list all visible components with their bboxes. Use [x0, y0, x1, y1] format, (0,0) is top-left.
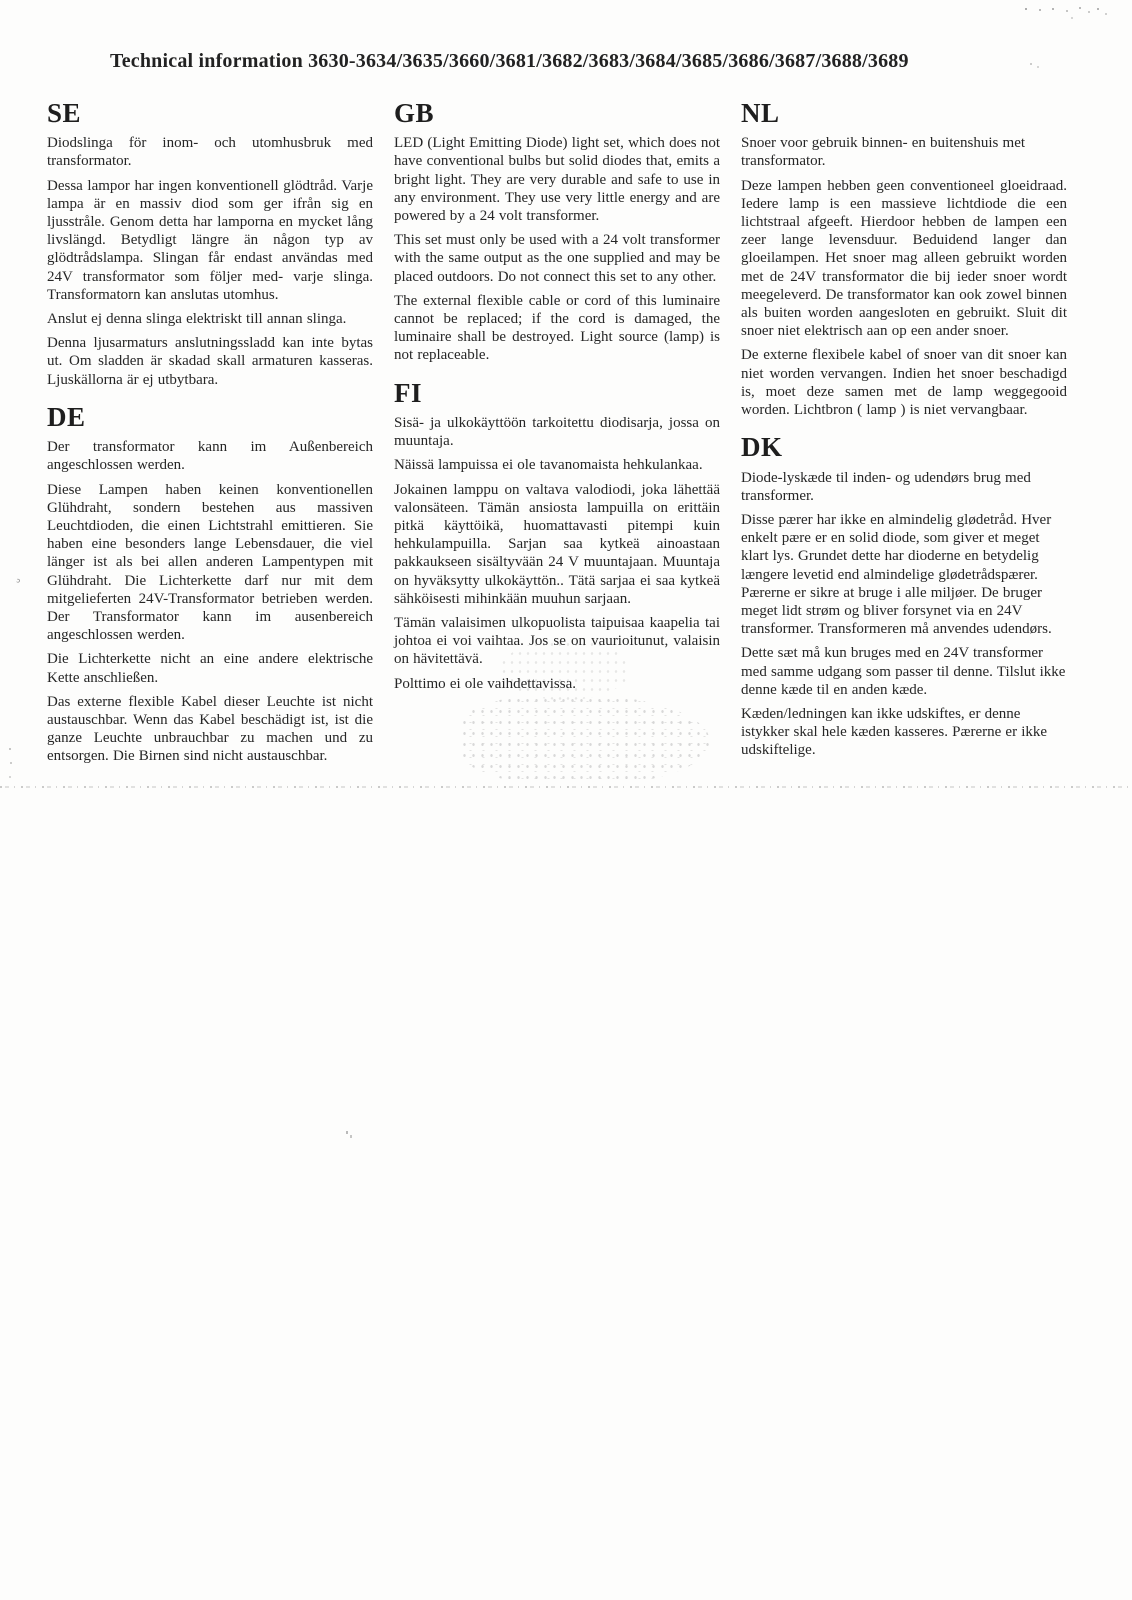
section-heading-dk: DK	[741, 432, 1067, 462]
fi-paragraph-5: Polttimo ei ole vaihdettavissa.	[394, 675, 720, 693]
section-gb: GB LED (Light Emitting Diode) light set,…	[394, 98, 720, 365]
nl-paragraph-1: Snoer voor gebruik binnen- en buitenshui…	[741, 134, 1067, 170]
fi-paragraph-2: Näissä lampuissa ei ole tavanomaista heh…	[394, 456, 720, 474]
column-right: NL Snoer voor gebruik binnen- en buitens…	[741, 98, 1067, 772]
section-heading-se: SE	[47, 98, 373, 128]
text-columns: SE Diodslinga för inom- och utomhusbruk …	[47, 98, 1067, 772]
page-title: Technical information 3630-3634/3635/366…	[110, 50, 909, 73]
fi-paragraph-4: Tämän valaisimen ulkopuolista taipuisaa …	[394, 614, 720, 669]
gb-paragraph-3: The external flexible cable or cord of t…	[394, 292, 720, 365]
section-fi: FI Sisä- ja ulkokäyttöön tarkoitettu dio…	[394, 378, 720, 693]
column-middle: GB LED (Light Emitting Diode) light set,…	[394, 98, 720, 772]
de-paragraph-4: Das externe flexible Kabel dieser Leucht…	[47, 693, 373, 766]
de-paragraph-1: Der transformator kann im Außenbereich a…	[47, 438, 373, 474]
section-dk: DK Diode-lyskæde til inden- og udendørs …	[741, 432, 1067, 759]
se-paragraph-3: Anslut ej denna slinga elektriskt till a…	[47, 310, 373, 328]
gb-paragraph-1: LED (Light Emitting Diode) light set, wh…	[394, 134, 720, 225]
se-paragraph-2: Dessa lampor har ingen konventionell glö…	[47, 177, 373, 304]
fi-paragraph-1: Sisä- ja ulkokäyttöön tarkoitettu diodis…	[394, 414, 720, 450]
dk-paragraph-2: Disse pærer har ikke en almindelig gløde…	[741, 511, 1067, 638]
scan-artifact-specks-bottom	[346, 1131, 348, 1134]
section-heading-nl: NL	[741, 98, 1067, 128]
fi-paragraph-3: Jokainen lamppu on valtava valodiodi, jo…	[394, 481, 720, 608]
se-paragraph-1: Diodslinga för inom- och utomhusbruk med…	[47, 134, 373, 170]
section-heading-de: DE	[47, 402, 373, 432]
dk-paragraph-1: Diode-lyskæde til inden- og udendørs bru…	[741, 469, 1067, 505]
dk-paragraph-4: Kæden/ledningen kan ikke udskiftes, er d…	[741, 705, 1067, 760]
section-nl: NL Snoer voor gebruik binnen- en buitens…	[741, 98, 1067, 419]
gb-paragraph-2: This set must only be used with a 24 vol…	[394, 231, 720, 286]
scanned-document-page: Technical information 3630-3634/3635/366…	[0, 0, 1132, 1600]
scan-artifact-dotted-line	[0, 786, 1132, 788]
section-heading-fi: FI	[394, 378, 720, 408]
scan-artifact-left-margin-mark: ᵓ	[15, 576, 22, 590]
column-left: SE Diodslinga för inom- och utomhusbruk …	[47, 98, 373, 772]
section-se: SE Diodslinga för inom- och utomhusbruk …	[47, 98, 373, 389]
scan-artifact-specks-top-right	[1025, 8, 1027, 10]
scan-artifact-specks-left	[9, 748, 11, 750]
se-paragraph-4: Denna ljusarmaturs anslutningssladd kan …	[47, 334, 373, 389]
nl-paragraph-2: Deze lampen hebben geen conventioneel gl…	[741, 177, 1067, 341]
section-de: DE Der transformator kann im Außenbereic…	[47, 402, 373, 766]
nl-paragraph-3: De externe flexibele kabel of snoer van …	[741, 346, 1067, 419]
section-heading-gb: GB	[394, 98, 720, 128]
dk-paragraph-3: Dette sæt må kun bruges med en 24V trans…	[741, 644, 1067, 699]
de-paragraph-2: Diese Lampen haben keinen konventionelle…	[47, 481, 373, 645]
de-paragraph-3: Die Lichterkette nicht an eine andere el…	[47, 650, 373, 686]
